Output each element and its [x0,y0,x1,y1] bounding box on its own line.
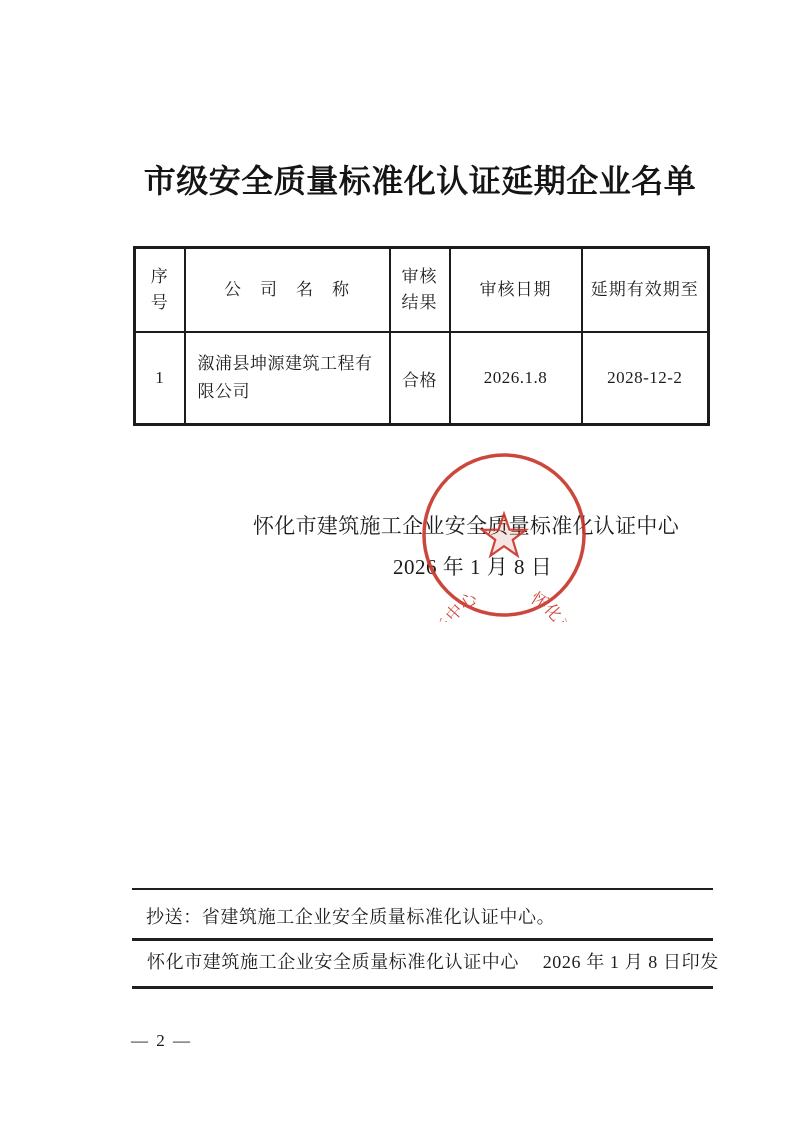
header-audit-date: 审核日期 [450,248,582,333]
official-seal-stamp: 怀化市建筑施工企业安全质量标准化认证中心 [417,448,591,622]
cc-recipients-line: 抄送：省建筑施工企业安全质量标准化认证中心。 [146,903,555,929]
header-serial-no: 序 号 [135,248,185,333]
cell-serial-no: 1 [135,332,185,425]
table-header-row: 序 号 公 司 名 称 审核 结果 审核日期 延期有效期至 [135,248,709,333]
document-page: 市级安全质量标准化认证延期企业名单 序 号 公 司 名 称 审核 结果 审核日期… [0,0,793,1122]
footer-bottom-rule [132,986,713,989]
certification-table: 序 号 公 司 名 称 审核 结果 审核日期 延期有效期至 1 溆浦县坤源建筑工… [133,246,710,426]
issuing-org-line: 怀化市建筑施工企业安全质量标准化认证中心 2026 年 1 月 8 日印发 [147,948,719,974]
cell-audit-result: 合格 [390,332,450,425]
cell-company-name: 溆浦县坤源建筑工程有限公司 [185,332,390,425]
header-audit-result: 审核 结果 [390,248,450,333]
header-company-name: 公 司 名 称 [185,248,390,333]
header-valid-until: 延期有效期至 [582,248,709,333]
cell-valid-until: 2028-12-2 [582,332,709,425]
page-title: 市级安全质量标准化认证延期企业名单 [133,156,707,202]
page-number: — 2 — [131,1031,192,1051]
footer-top-rule [132,888,713,890]
footer-middle-rule [132,938,713,941]
cell-audit-date: 2026.1.8 [450,332,582,425]
table-row: 1 溆浦县坤源建筑工程有限公司 合格 2026.1.8 2028-12-2 [135,332,709,425]
seal-star-icon [482,514,526,556]
